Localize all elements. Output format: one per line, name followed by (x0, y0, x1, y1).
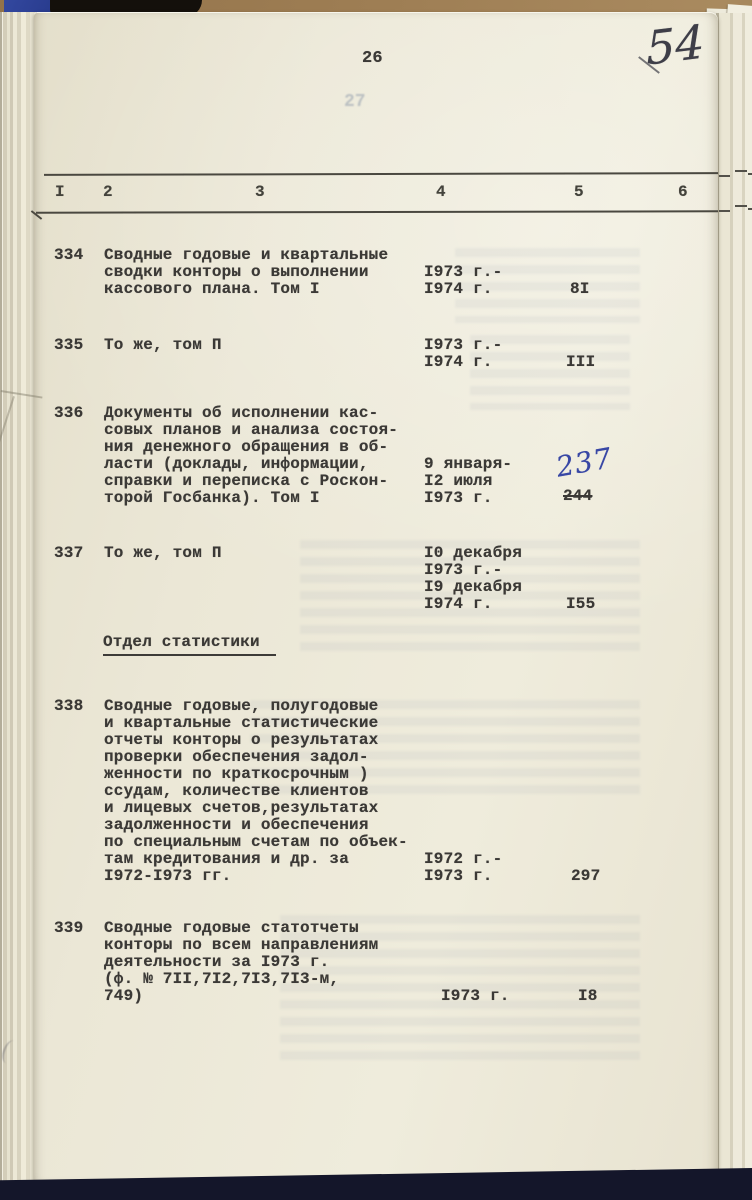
column-header-3: 3 (255, 183, 265, 201)
rule-continuation-dash (735, 170, 747, 172)
document-page (34, 12, 718, 1184)
rule-continuation-dash (748, 173, 752, 175)
entry-sheet-count: I55 (566, 596, 595, 613)
entry-title: То же, том П (104, 337, 222, 354)
entry-sheet-count: I8 (578, 988, 598, 1005)
entry-dates: I973 г. (441, 988, 510, 1005)
entry-title: Документы об исполнении кас- совых плано… (104, 405, 398, 507)
entry-title: То же, том П (104, 545, 222, 562)
entry-title: Сводные годовые статотчеты конторы по вс… (104, 920, 378, 1005)
struck-out-count: 244 (563, 488, 592, 505)
entry-title: Сводные годовые и квартальные сводки кон… (104, 247, 388, 298)
entry-dates: I973 г.- I974 г. (424, 264, 502, 298)
entry-number: 338 (54, 698, 83, 715)
entry-sheet-count: 297 (571, 868, 600, 885)
column-header-6: 6 (678, 183, 688, 201)
column-header-4: 4 (436, 183, 446, 201)
scanned-archive-page-photo: 27 26 54 I 2 3 4 5 6 334 Сводные годовые… (0, 0, 752, 1200)
column-header-1: I (55, 183, 65, 201)
rule-continuation-dash (748, 208, 752, 210)
rule-continuation-dash (719, 210, 730, 212)
page-number: 26 (362, 50, 383, 67)
left-page-edges (0, 12, 36, 1200)
entry-sheet-count: III (566, 354, 595, 371)
entry-number: 339 (54, 920, 83, 937)
handwritten-folio-number: 54 (645, 14, 705, 75)
entry-number: 335 (54, 337, 83, 354)
rule-continuation-dash (735, 205, 747, 207)
entry-sheet-count: 8I (570, 281, 590, 298)
entry-dates: I973 г.- I974 г. (424, 337, 502, 371)
rule-continuation-dash (719, 175, 730, 177)
column-header-2: 2 (103, 183, 113, 201)
section-header: Отдел статистики (103, 634, 276, 656)
entry-dates: I972 г.- I973 г. (424, 851, 502, 885)
right-page-edges (716, 13, 752, 1200)
column-header-5: 5 (574, 183, 584, 201)
bleed-through-page-number: 27 (344, 92, 366, 112)
entry-dates: 9 января- I2 июля I973 г. (424, 456, 512, 507)
entry-dates: I0 декабря I973 г.- I9 декабря I974 г. (424, 545, 522, 613)
entry-number: 334 (54, 247, 83, 264)
entry-number: 337 (54, 545, 83, 562)
entry-title: Сводные годовые, полугодовые и квартальн… (104, 698, 408, 885)
entry-number: 336 (54, 405, 83, 422)
